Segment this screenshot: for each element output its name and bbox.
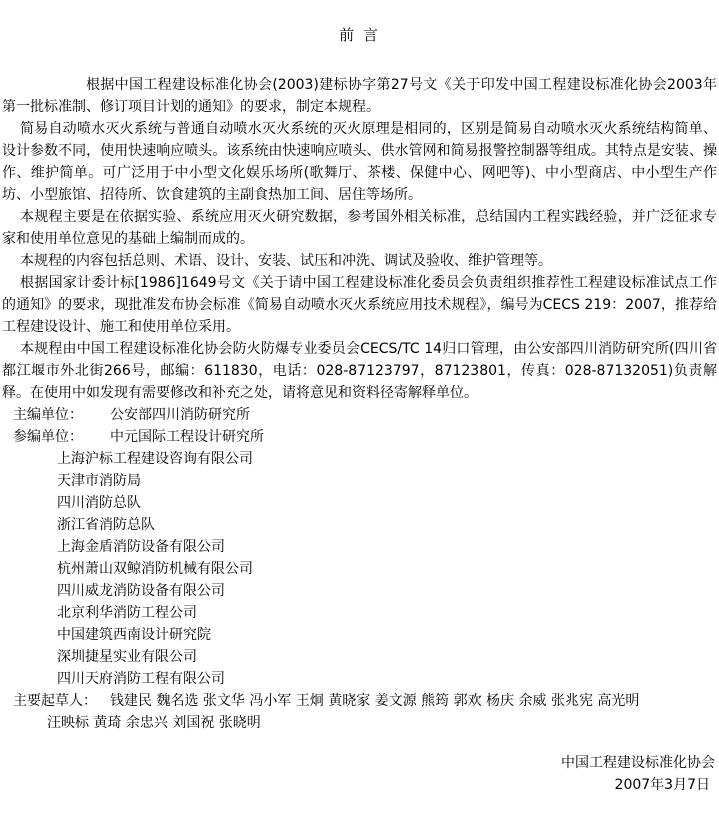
- drafters-names-line1: 钱建民 魏名选 张文华 冯小军 王炯 黄晓家 姜文源 熊筠 郭欢 杨庆 余威 张…: [110, 690, 717, 712]
- participant-row: 参编单位： 中元国际工程设计研究所: [2, 426, 717, 448]
- participant-item: 四川天府消防工程有限公司: [2, 668, 717, 690]
- paragraph-compilation-basis: 本规程主要是在依据实验、系统应用灭火研究数据，参考国外相关标准，总结国内工程实践…: [2, 206, 717, 250]
- chief-editor-value: 公安部四川消防研究所: [110, 404, 717, 426]
- participant-item: 中国建筑西南设计研究院: [2, 624, 717, 646]
- participant-item: 四川威龙消防设备有限公司: [2, 580, 717, 602]
- signature-block: 中国工程建设标准化协会 2007年3月7日: [2, 752, 717, 796]
- participant-item: 北京利华消防工程公司: [2, 602, 717, 624]
- participant-item: 上海金盾消防设备有限公司: [2, 536, 717, 558]
- drafters-names-line2: 汪映标 黄琦 余忠兴 刘国祝 张晓明: [2, 712, 717, 734]
- participant-item: 杭州萧山双鲸消防机械有限公司: [2, 558, 717, 580]
- issuing-organization: 中国工程建设标准化协会: [2, 752, 717, 774]
- paragraph-contents: 本规程的内容包括总则、术语、设计、安装、试压和冲洗、调试及验收、维护管理等。: [2, 250, 717, 272]
- paragraph-approval: 根据国家计委计标[1986]1649号文《关于请中国工程建设标准化委员会负责组织…: [2, 272, 717, 338]
- paragraph-administration: 本规程由中国工程建设标准化协会防火防爆专业委员会CECS/TC 14归口管理，由…: [2, 338, 717, 404]
- drafters-row: 主要起草人： 钱建民 魏名选 张文华 冯小军 王炯 黄晓家 姜文源 熊筠 郭欢 …: [2, 690, 717, 712]
- participant-item: 四川消防总队: [2, 492, 717, 514]
- chief-editor-label: 主编单位：: [13, 404, 110, 426]
- participant-first-value: 中元国际工程设计研究所: [110, 426, 717, 448]
- issue-date: 2007年3月7日: [2, 774, 717, 796]
- drafters-label: 主要起草人：: [13, 690, 110, 712]
- participant-item: 深圳捷星实业有限公司: [2, 646, 717, 668]
- document-page: 前 言 根据中国工程建设标准化协会(2003)建标协字第27号文《关于印发中国工…: [0, 26, 719, 796]
- participant-label: 参编单位：: [13, 426, 110, 448]
- paragraph-system-description: 简易自动喷水灭火系统与普通自动喷水灭火系统的灭火原理是相同的，区别是简易自动喷水…: [2, 118, 717, 206]
- page-title: 前 言: [2, 26, 717, 44]
- participant-item: 上海沪标工程建设咨询有限公司: [2, 448, 717, 470]
- participant-item: 浙江省消防总队: [2, 514, 717, 536]
- participant-item: 天津市消防局: [2, 470, 717, 492]
- paragraph-basis: 根据中国工程建设标准化协会(2003)建标协字第27号文《关于印发中国工程建设标…: [2, 74, 717, 118]
- chief-editor-row: 主编单位： 公安部四川消防研究所: [2, 404, 717, 426]
